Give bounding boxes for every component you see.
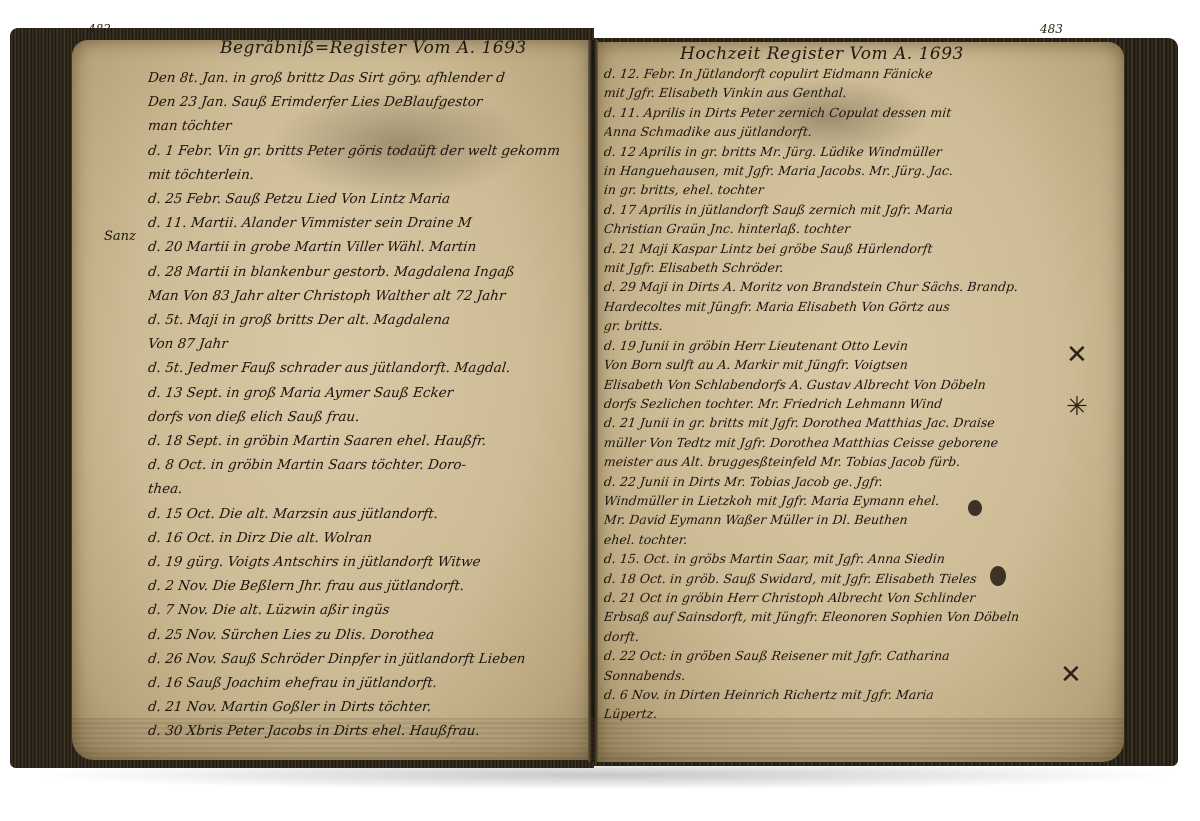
handwritten-line: Den 8t. Jan. in groß brittz Das Sirt gör… (148, 66, 588, 90)
handwritten-line: d. 11. Martii. Alander Vimmister sein Dr… (148, 211, 588, 235)
handwritten-line: Sonnabends. (604, 666, 1084, 685)
handwritten-line: d. 25 Nov. Sürchen Lies zu Dlis. Dorothe… (148, 623, 588, 647)
handwritten-line: d. 25 Febr. Sauß Petzu Lied Von Lintz Ma… (148, 187, 588, 211)
wedding-register-heading: Hochzeit Register Vom A. 1693 (680, 44, 964, 64)
handwritten-line: d. 7 Nov. Die alt. Lüzwin aßir ingüs (148, 598, 588, 622)
handwritten-line: Christian Graün Jnc. hinterlaß. tochter (604, 219, 1084, 238)
handwritten-line: thea. (148, 477, 588, 501)
burial-entries: Den 8t. Jan. in groß brittz Das Sirt gör… (148, 66, 588, 744)
handwritten-line: Man Von 83 Jahr alter Christoph Walther … (148, 284, 588, 308)
handwritten-line: d. 1 Febr. Vin gr. britts Peter göris to… (148, 139, 588, 163)
handwritten-line: dorfs Sezlichen tochter. Mr. Friedrich L… (604, 394, 1084, 413)
handwritten-line: man töchter (148, 114, 588, 138)
handwritten-line: Mr. David Eymann Waßer Müller in Dl. Beu… (604, 510, 1084, 529)
handwritten-line: d. 11. Aprilis in Dirts Peter zernich Co… (604, 103, 1084, 122)
handwritten-line: d. 17 Aprilis in jütlandorft Sauß zernic… (604, 200, 1084, 219)
handwritten-line: d. 18 Oct. in gröb. Sauß Swidard, mit Jg… (604, 569, 1084, 588)
handwritten-line: d. 6 Nov. in Dirten Heinrich Richertz mi… (604, 685, 1084, 704)
cross-mark: ✕ (1060, 660, 1082, 690)
handwritten-line: d. 18 Sept. in gröbin Martin Saaren ehel… (148, 429, 588, 453)
handwritten-line: d. 21 Junii in gr. britts mit Jgfr. Doro… (604, 413, 1084, 432)
handwritten-line: d. 28 Martii in blankenbur gestorb. Magd… (148, 260, 588, 284)
handwritten-line: mit Jgfr. Elisabeth Vinkin aus Genthal. (604, 83, 1084, 102)
handwritten-line: d. 8 Oct. in gröbin Martin Saars töchter… (148, 453, 588, 477)
handwritten-line: Erbsaß auf Sainsdorft, mit Jüngfr. Eleon… (604, 607, 1084, 626)
handwritten-line: d. 12 Aprilis in gr. britts Mr. Jürg. Lü… (604, 142, 1084, 161)
handwritten-line: Von Born sulft au A. Markir mit Jüngfr. … (604, 355, 1084, 374)
handwritten-line: Anna Schmadike aus jütlandorft. (604, 122, 1084, 141)
handwritten-line: d. 15. Oct. in gröbs Martin Saar, mit Jg… (604, 549, 1084, 568)
handwritten-line: d. 12. Febr. In Jütlandorft copulirt Eid… (604, 64, 1084, 83)
handwritten-line: Von 87 Jahr (148, 332, 588, 356)
handwritten-line: Hardecoltes mit Jüngfr. Maria Elisabeth … (604, 297, 1084, 316)
handwritten-line: ehel. tochter. (604, 530, 1084, 549)
handwritten-line: gr. britts. (604, 316, 1084, 335)
ink-blot (968, 500, 982, 516)
folio-number-right: 483 (1040, 22, 1063, 36)
handwritten-line: d. 19 Junii in gröbin Herr Lieutenant Ot… (604, 336, 1084, 355)
handwritten-line: d. 29 Maji in Dirts A. Moritz von Brands… (604, 277, 1084, 296)
handwritten-line: d. 16 Sauß Joachim ehefrau in jütlandorf… (148, 671, 588, 695)
handwritten-line: mit töchterlein. (148, 163, 588, 187)
handwritten-line: d. 20 Martii in grobe Martin Viller Wähl… (148, 235, 588, 259)
margin-note: Sanz (104, 229, 136, 244)
handwritten-line: meister aus Alt. bruggesßteinfeld Mr. To… (604, 452, 1084, 471)
handwritten-line: d. 5t. Maji in groß britts Der alt. Magd… (148, 308, 588, 332)
handwritten-line: dorft. (604, 627, 1084, 646)
handwritten-line: d. 22 Junii in Dirts Mr. Tobias Jacob ge… (604, 472, 1084, 491)
burial-register-heading: Begräbniß=Register Vom A. 1693 (220, 38, 527, 58)
handwritten-line: d. 5t. Jedmer Fauß schrader aus jütlando… (148, 356, 588, 380)
handwritten-line: d. 21 Nov. Martin Goßler in Dirts töchte… (148, 695, 588, 719)
handwritten-line: d. 19 gürg. Voigts Antschirs in jütlando… (148, 550, 588, 574)
handwritten-line: d. 21 Oct in gröbin Herr Christoph Albre… (604, 588, 1084, 607)
folio-number-left: 482 (88, 22, 111, 36)
handwritten-line: in Hanguehausen, mit Jgfr. Maria Jacobs.… (604, 161, 1084, 180)
handwritten-line: d. 21 Maji Kaspar Lintz bei gröbe Sauß H… (604, 239, 1084, 258)
cross-mark: ✳ (1066, 392, 1088, 422)
handwritten-line: d. 2 Nov. Die Beßlern Jhr. frau aus jütl… (148, 574, 588, 598)
handwritten-line: dorfs von dieß elich Sauß frau. (148, 405, 588, 429)
handwritten-line: müller Von Tedtz mit Jgfr. Dorothea Matt… (604, 433, 1084, 452)
handwritten-line: d. 26 Nov. Sauß Schröder Dinpfer in jütl… (148, 647, 588, 671)
handwritten-line: d. 16 Oct. in Dirz Die alt. Wolran (148, 526, 588, 550)
handwritten-line: Elisabeth Von Schlabendorfs A. Gustav Al… (604, 375, 1084, 394)
book-gutter (588, 40, 598, 762)
handwritten-line: Windmüller in Lietzkoh mit Jgfr. Maria E… (604, 491, 1084, 510)
handwritten-line: d. 15 Oct. Die alt. Marzsin aus jütlando… (148, 502, 588, 526)
wedding-entries: d. 12. Febr. In Jütlandorft copulirt Eid… (604, 64, 1084, 724)
handwritten-line: d. 22 Oct: in gröben Sauß Reisener mit J… (604, 646, 1084, 665)
handwritten-line: d. 30 Xbris Peter Jacobs in Dirts ehel. … (148, 719, 588, 743)
ink-blot (990, 566, 1006, 586)
handwritten-line: Lüpertz. (604, 704, 1084, 723)
cross-mark: ✕ (1066, 340, 1088, 370)
handwritten-line: mit Jgfr. Elisabeth Schröder. (604, 258, 1084, 277)
handwritten-line: d. 13 Sept. in groß Maria Aymer Sauß Eck… (148, 381, 588, 405)
handwritten-line: Den 23 Jan. Sauß Erimderfer Lies DeBlauf… (148, 90, 588, 114)
handwritten-line: in gr. britts, ehel. tochter (604, 180, 1084, 199)
